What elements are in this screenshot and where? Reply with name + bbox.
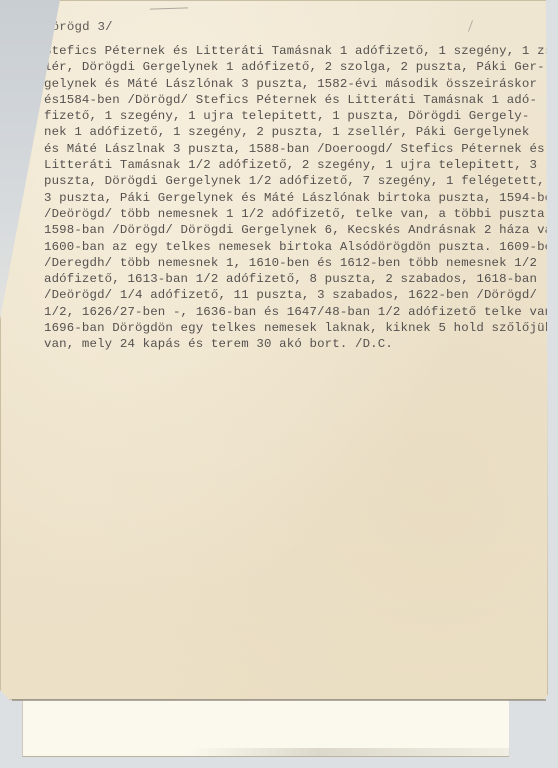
text-line: Litteráti Tamásnak 1/2 adófizető, 2 szeg… <box>44 157 544 173</box>
typewritten-page: Dörögd 3/ Stefics Péternek és Litteráti … <box>0 0 548 700</box>
text-line: fizető, 1 szegény, 1 ujra telepitett, 1 … <box>44 108 544 124</box>
underlying-sheet-tear <box>190 748 510 756</box>
text-line: van, mely 24 kapás és terem 30 akó bort.… <box>44 336 544 352</box>
document-body: Stefics Péternek és Litteráti Tamásnak 1… <box>44 43 544 353</box>
text-line: lér, Dörögdi Gergelynek 1 adófizető, 2 s… <box>44 59 544 75</box>
text-line: gelynek és Máté Lászlónak 3 puszta, 1582… <box>44 76 544 92</box>
text-line: és Máté Lászlnak 3 puszta, 1588-ban /Doe… <box>44 141 544 157</box>
text-line: és1584-ben /Dörögd/ Stefics Péternek és … <box>44 92 544 108</box>
text-line: 3 puszta, Páki Gergelynek és Máté László… <box>44 190 544 206</box>
pencil-mark <box>150 7 188 9</box>
page-bottom-edge <box>12 699 546 701</box>
text-line: /Deregdh/ több nemesnek 1, 1610-ben és 1… <box>44 255 544 271</box>
text-line: puszta, Dörögdi Gergelynek 1/2 adófizető… <box>44 173 544 189</box>
text-line: 1/2, 1626/27-ben -, 1636-ban és 1647/48-… <box>44 304 544 320</box>
text-line: /Deörögd/ 1/4 adófizető, 11 puszta, 3 sz… <box>44 287 544 303</box>
text-line: 1600-ban az egy telkes nemesek birtoka A… <box>44 239 544 255</box>
text-line: 1598-ban /Dörögd/ Dörögdi Gergelynek 6, … <box>44 222 544 238</box>
text-line: 1696-ban Dörögdön egy telkes nemesek lak… <box>44 320 544 336</box>
pencil-tick <box>468 20 473 32</box>
text-line: Stefics Péternek és Litteráti Tamásnak 1… <box>44 43 544 59</box>
text-line: /Deörögd/ több nemesnek 1 1/2 adófizető,… <box>44 206 544 222</box>
text-line: adófizető, 1613-ban 1/2 adófizető, 8 pus… <box>44 271 544 287</box>
text-line: nek 1 adófizető, 1 szegény, 2 puszta, 1 … <box>44 124 544 140</box>
